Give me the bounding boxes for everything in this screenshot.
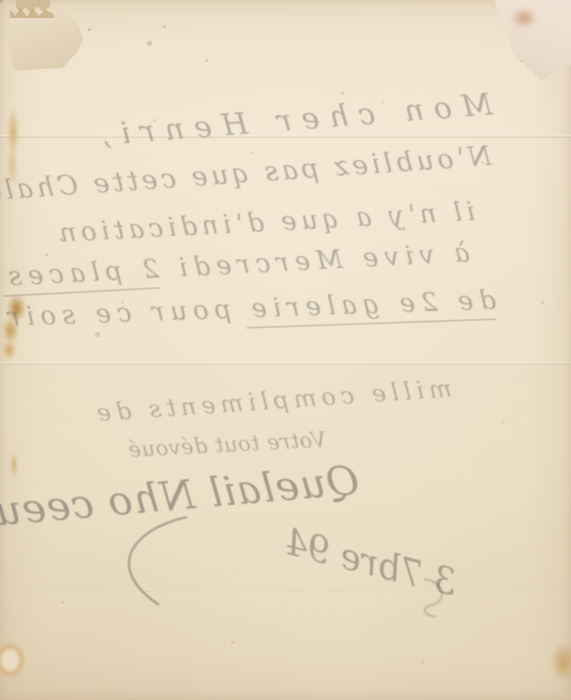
tape-remnant-top-left bbox=[8, 10, 86, 72]
handwriting-line-2: N'oubliez pas que cette Chaleur bbox=[5, 141, 493, 206]
handwriting-line-5: de 2e galerie pour ce soir bbox=[18, 286, 497, 333]
underlined-galerie: de 2e galerie bbox=[245, 286, 497, 329]
handwriting-line-salutation: Mon cher Henri, bbox=[117, 87, 494, 151]
stain-bottom-left-ring bbox=[0, 634, 32, 686]
letter-verso-scan: Mon cher Henri, N'oubliez pas que cette … bbox=[0, 0, 571, 700]
stain-left-upper bbox=[6, 110, 20, 184]
signature-flourish bbox=[95, 505, 205, 615]
fold-crease-bottom bbox=[0, 590, 571, 592]
tape-top-right-stain bbox=[506, 4, 542, 32]
stain-left-lower bbox=[9, 446, 19, 484]
date-stroke-loop bbox=[418, 575, 454, 619]
foxing-speckles bbox=[0, 0, 3, 3]
underlined-2-places: 2 places bbox=[2, 254, 160, 296]
stain-bottom-right bbox=[546, 636, 571, 694]
